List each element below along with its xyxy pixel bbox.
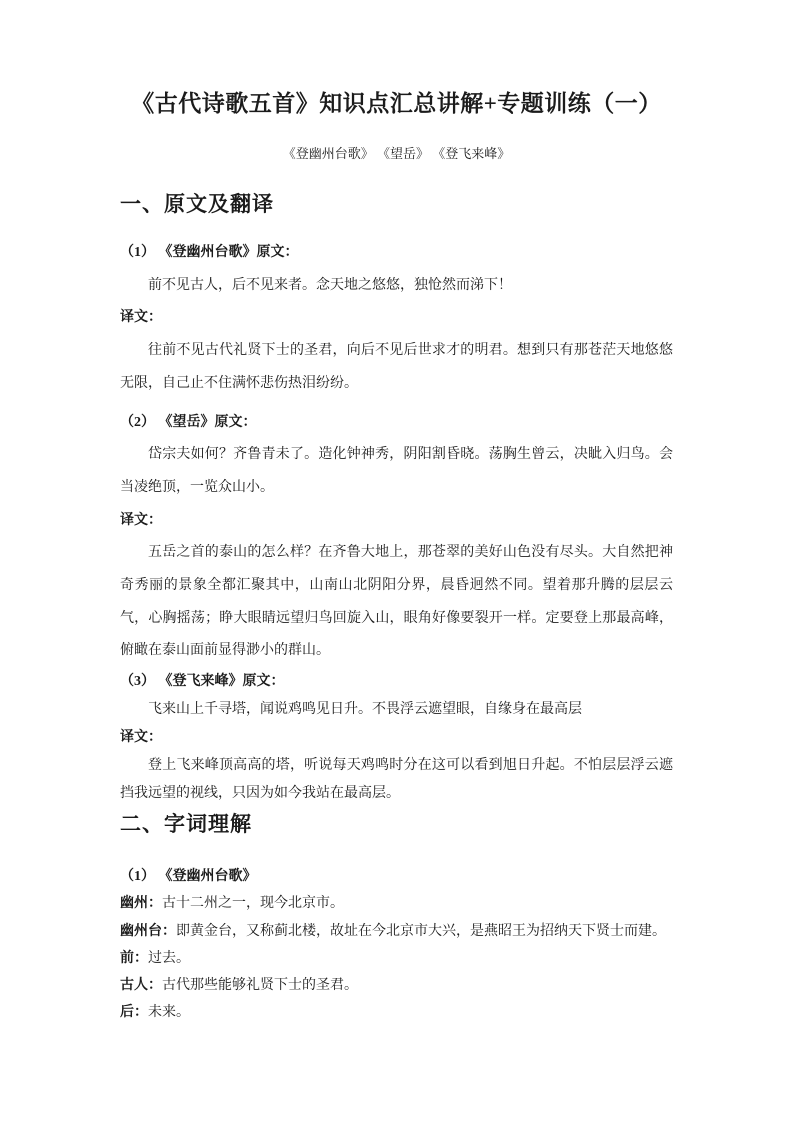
section-original-heading: 一、原文及翻译 <box>120 190 673 218</box>
word-entry: 幽州：古十二州之一，现今北京市。 <box>120 890 673 917</box>
word-definition: 过去。 <box>148 951 190 966</box>
words-group-label: （1） 《登幽州台歌》 <box>120 863 673 890</box>
poem2-label: （2） 《望岳》原文： <box>120 407 673 440</box>
page-title: 《古代诗歌五首》知识点汇总讲解+专题训练（一） <box>120 89 673 119</box>
word-term: 古人： <box>120 978 162 993</box>
poem2-translation-text: 五岳之首的泰山的怎么样？在齐鲁大地上，那苍翠的美好山色没有尽头。大自然把神奇秀丽… <box>120 537 673 668</box>
word-term: 幽州： <box>120 896 162 911</box>
word-entry: 古人：古代那些能够礼贤下士的圣君。 <box>120 972 673 999</box>
poem2-text: 岱宗夫如何？齐鲁青未了。造化钟神秀，阴阳割昏晓。荡胸生曾云，决眦入归鸟。会当凌绝… <box>120 439 673 504</box>
word-definition: 即黄金台，又称蓟北楼，故址在今北京市大兴，是燕昭王为招纳天下贤士而建。 <box>176 924 666 939</box>
poem1-translation-label: 译文： <box>120 302 673 335</box>
poem1-translation-text: 往前不见古代礼贤下士的圣君，向后不见后世求才的明君。想到只有那苍茫天地悠悠无限，… <box>120 335 673 400</box>
word-definition: 未来。 <box>148 1005 190 1020</box>
poem1-label: （1） 《登幽州台歌》原文： <box>120 237 673 270</box>
poem1-text: 前不见古人，后不见来者。念天地之悠悠，独怆然而涕下！ <box>120 270 673 303</box>
poem3-translation-label: 译文： <box>120 724 673 752</box>
poem3-text: 飞来山上千寻塔，闻说鸡鸣见日升。不畏浮云遮望眼，自缘身在最高层 <box>120 696 673 724</box>
document-page: 《古代诗歌五首》知识点汇总讲解+专题训练（一） 《登幽州台歌》 《望岳》 《登飞… <box>0 0 793 1122</box>
page-subtitle: 《登幽州台歌》 《望岳》 《登飞来峰》 <box>120 144 673 164</box>
word-term: 前： <box>120 951 148 966</box>
word-entry: 后：未来。 <box>120 999 673 1026</box>
poem3-translation-text: 登上飞来峰顶高高的塔，听说每天鸡鸣时分在这可以看到旭日升起。不怕层层浮云遮挡我远… <box>120 752 673 808</box>
word-definition: 古十二州之一，现今北京市。 <box>162 896 344 911</box>
word-term: 幽州台： <box>120 924 176 939</box>
poem3-label: （3） 《登飞来峰》原文： <box>120 668 673 696</box>
word-entry: 幽州台：即黄金台，又称蓟北楼，故址在今北京市大兴，是燕昭王为招纳天下贤士而建。 <box>120 918 673 945</box>
section-words-heading: 二、字词理解 <box>120 810 673 838</box>
poem2-translation-label: 译文： <box>120 505 673 538</box>
word-definition: 古代那些能够礼贤下士的圣君。 <box>162 978 358 993</box>
word-entry: 前：过去。 <box>120 945 673 972</box>
word-term: 后： <box>120 1005 148 1020</box>
